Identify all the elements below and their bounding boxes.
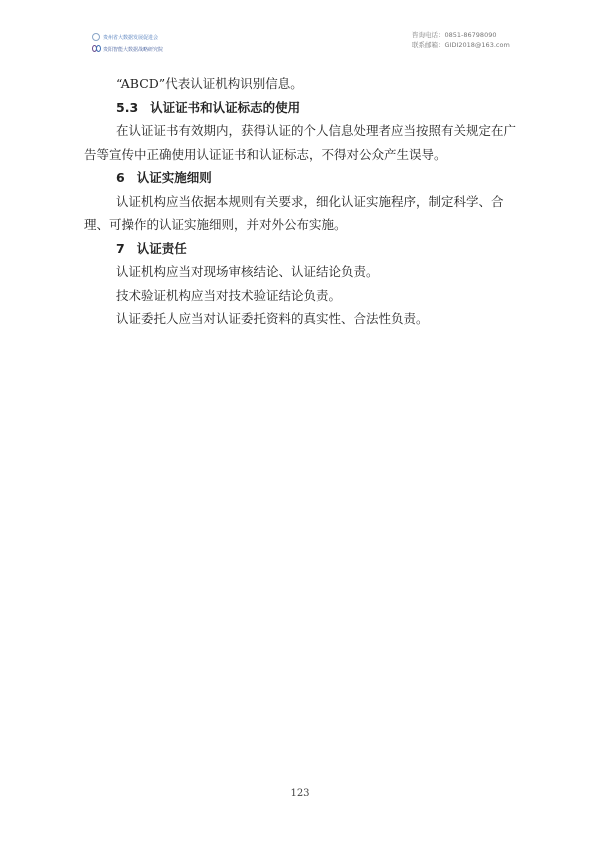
contact-info: 咨询电话：0851-86798090 联系邮箱：GIDI2018@163.com — [412, 30, 510, 50]
logo-institute: 贵阳智能大数据战略研究院 — [92, 44, 172, 54]
paragraph-5-3: 在认证证书有效期内，获得认证的个人信息处理者应当按照有关规定在广告等宣传中正确使… — [84, 119, 524, 166]
paragraph-7-3: 认证委托人应当对认证委托资料的真实性、合法性负责。 — [84, 307, 524, 331]
heading-number: 5.3 — [116, 96, 138, 120]
logo-association: 贵州省大数据发展促进会 — [92, 32, 172, 42]
logo-institute-text: 贵阳智能大数据战略研究院 — [103, 46, 163, 53]
paragraph-abcd: “ABCD”代表认证机构识别信息。 — [84, 72, 524, 96]
institute-logo-icon — [92, 45, 101, 53]
heading-title: 认证责任 — [137, 241, 187, 256]
page-number: 123 — [0, 788, 600, 799]
heading-number: 7 — [116, 237, 125, 261]
paragraph-7-1: 认证机构应当对现场审核结论、认证结论负责。 — [84, 260, 524, 284]
logo-association-text: 贵州省大数据发展促进会 — [103, 34, 158, 41]
paragraph-6: 认证机构应当依据本规则有关要求，细化认证实施程序，制定科学、合理、可操作的认证实… — [84, 190, 524, 237]
heading-6: 6认证实施细则 — [84, 166, 524, 190]
header-logos: 贵州省大数据发展促进会 贵阳智能大数据战略研究院 — [92, 32, 172, 56]
heading-title: 认证实施细则 — [137, 170, 212, 185]
heading-title: 认证证书和认证标志的使用 — [150, 100, 300, 115]
contact-email: 联系邮箱：GIDI2018@163.com — [412, 40, 510, 50]
association-logo-icon — [92, 33, 100, 41]
document-body: “ABCD”代表认证机构识别信息。 5.3认证证书和认证标志的使用 在认证证书有… — [84, 72, 524, 331]
heading-number: 6 — [116, 166, 125, 190]
contact-phone: 咨询电话：0851-86798090 — [412, 30, 510, 40]
heading-5-3: 5.3认证证书和认证标志的使用 — [84, 96, 524, 120]
heading-7: 7认证责任 — [84, 237, 524, 261]
paragraph-7-2: 技术验证机构应当对技术验证结论负责。 — [84, 284, 524, 308]
